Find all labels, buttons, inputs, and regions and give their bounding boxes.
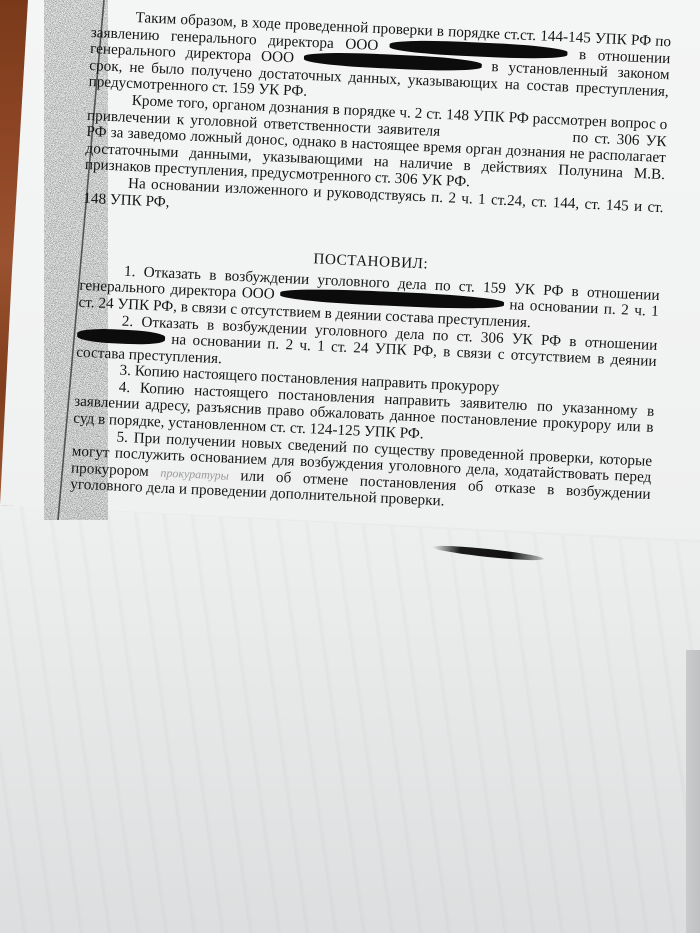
document-text: Таким образом, в ходе проведенной провер…: [70, 8, 671, 520]
underlying-blank-page: [0, 505, 700, 933]
item-number: 2.: [121, 312, 133, 329]
item-number: 3.: [119, 362, 131, 379]
page-edge-shadow: [686, 650, 700, 933]
item-number: 1.: [124, 262, 136, 279]
item-number: 4.: [118, 378, 130, 395]
item-number: 5.: [116, 428, 128, 445]
item-text: или: [240, 467, 265, 485]
